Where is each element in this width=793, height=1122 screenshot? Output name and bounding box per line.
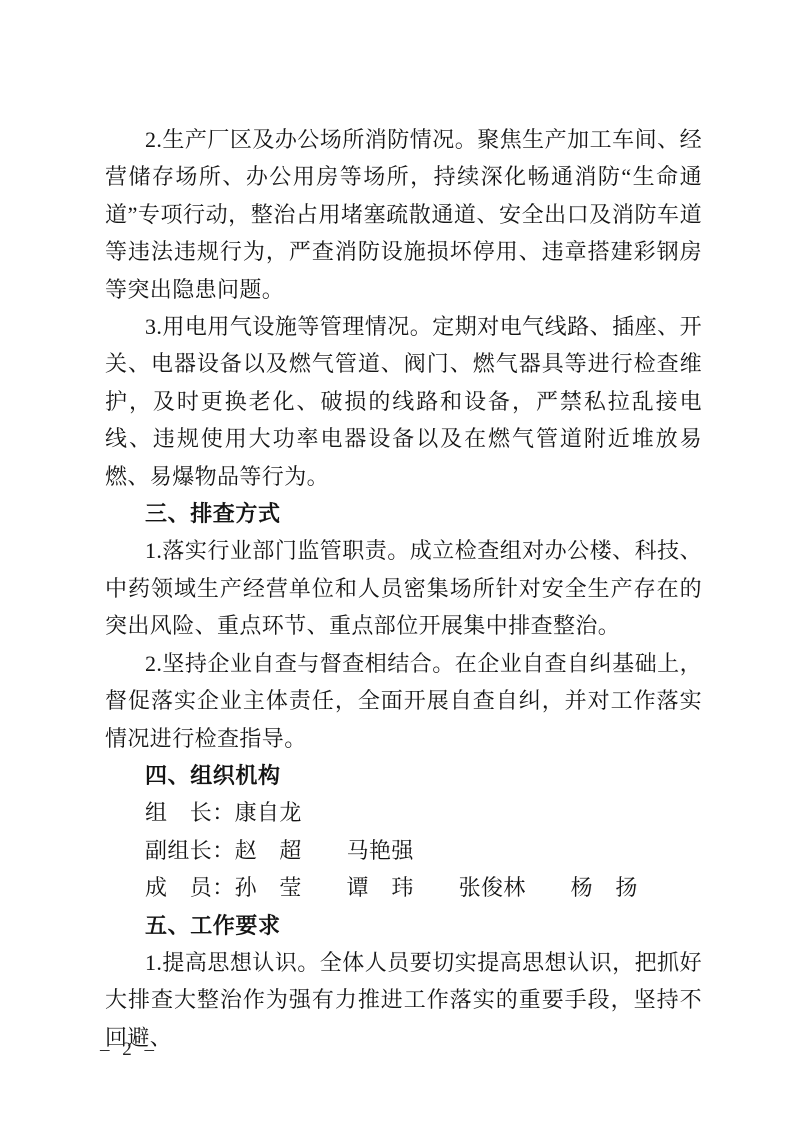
page-number: – 2 – — [100, 1039, 158, 1061]
section-heading-organization: 四、组织机构 — [105, 757, 702, 794]
section-heading-inspection-method: 三、排查方式 — [105, 495, 702, 532]
org-deputy-line: 副组长：赵 超 马艳强 — [105, 832, 702, 869]
paragraph-electric-gas: 3.用电用气设施等管理情况。定期对电气线路、插座、开关、电器设备以及燃气管道、阀… — [105, 308, 702, 495]
paragraph-awareness: 1.提高思想认识。全体人员要切实提高思想认识，把抓好大排查大整治作为强有力推进工… — [105, 944, 702, 1056]
paragraph-fire-safety: 2.生产厂区及办公场所消防情况。聚焦生产加工车间、经营储存场所、办公用房等场所，… — [105, 121, 702, 308]
org-leader-line: 组 长：康自龙 — [105, 794, 702, 831]
org-members-line: 成 员：孙 莹 谭 玮 张俊林 杨 扬 — [105, 869, 702, 906]
section-heading-work-requirements: 五、工作要求 — [105, 907, 702, 944]
paragraph-self-check: 2.坚持企业自查与督查相结合。在企业自查自纠基础上，督促落实企业主体责任，全面开… — [105, 645, 702, 757]
paragraph-industry-duty: 1.落实行业部门监管职责。成立检查组对办公楼、科技、中药领域生产经营单位和人员密… — [105, 532, 702, 644]
document-body: 2.生产厂区及办公场所消防情况。聚焦生产加工车间、经营储存场所、办公用房等场所，… — [105, 121, 702, 1056]
